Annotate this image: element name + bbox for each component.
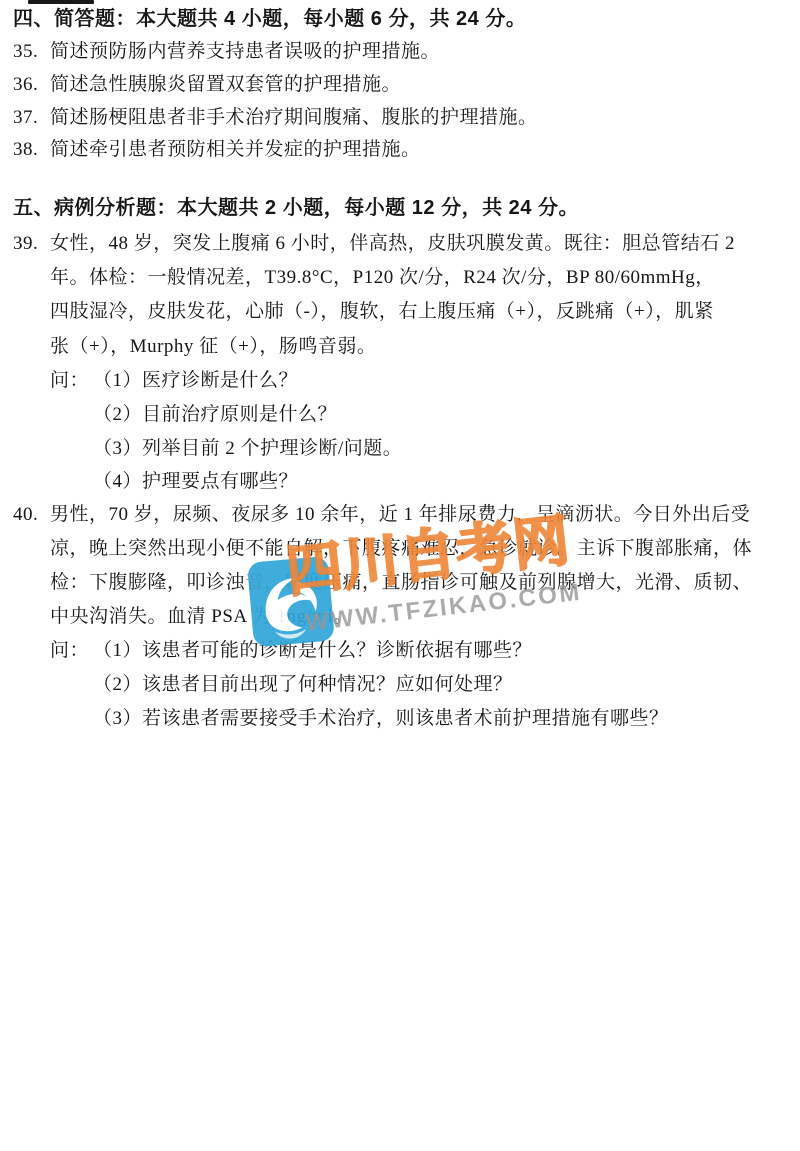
sub-question: （4）护理要点有哪些？: [93, 469, 298, 495]
sub-question: （2）目前治疗原则是什么？: [93, 402, 337, 428]
exam-page: 四、简答题：本大题共 4 小题，每小题 6 分，共 24 分。 35. 简述预防…: [0, 0, 800, 1151]
red-highlight: 音: [245, 572, 265, 593]
item-text: 简述肠梗阻患者非手术治疗期间腹痛、腹胀的护理措施。: [50, 105, 538, 131]
section5-heading-text: 五、病例分析题：本大题共 2 小题，每小题 12 分，共 24 分。: [13, 195, 579, 221]
scan-ink-mark: [28, 0, 94, 4]
question-number: 39.: [13, 231, 38, 257]
sub-question: （3）若该患者需要接受手术治疗，则该患者术前护理措施有哪些？: [93, 706, 669, 732]
case-line: 张（+），Murphy 征（+），肠鸣音弱。: [50, 334, 376, 360]
sub-question: （2）该患者目前出现了何种情况？应如何处理？: [93, 672, 513, 698]
item-number: 36.: [13, 72, 38, 98]
case-line: 检：下腹膨隆，叩诊浊音，轻度压痛，直肠指诊可触及前列腺增大，光滑、质韧、: [50, 570, 752, 596]
case-line: 凉，晚上突然出现小便不能自解，下腹疼痛难忍，急诊就诊。主诉下腹部胀痛，体: [50, 536, 752, 562]
item-number: 38.: [13, 137, 38, 163]
ask-label: 问：: [50, 368, 89, 394]
case-line-segment: 检：下腹膨隆，叩诊浊: [50, 572, 245, 593]
sub-question: （3）列举目前 2 个护理诊断/问题。: [93, 436, 402, 462]
case-line: 男性，70 岁，尿频、夜尿多 10 余年，近 1 年排尿费力，呈滴沥状。今日外出…: [50, 502, 750, 528]
question-number: 40.: [13, 502, 38, 528]
sub-question: （1）医疗诊断是什么？: [93, 368, 298, 394]
case-line: 四肢湿冷，皮肤发花，心肺（-），腹软，右上腹压痛（+），反跳痛（+），肌紧: [50, 299, 714, 325]
case-line: 女性，48 岁，突发上腹痛 6 小时，伴高热，皮肤巩膜发黄。既往：胆总管结石 2: [50, 231, 735, 257]
item-text: 简述急性胰腺炎留置双套管的护理措施。: [50, 72, 401, 98]
section4-heading-text: 四、简答题：本大题共 4 小题，每小题 6 分，共 24 分。: [13, 6, 526, 32]
ask-label: 问：: [50, 638, 89, 664]
item-number: 35.: [13, 39, 38, 65]
item-text: 简述牵引患者预防相关并发症的护理措施。: [50, 137, 421, 163]
item-text: 简述预防肠内营养支持患者误吸的护理措施。: [50, 39, 440, 65]
item-number: 37.: [13, 105, 38, 131]
case-line: 年。体检：一般情况差，T39.8°C，P120 次/分，R24 次/分，BP 8…: [50, 265, 715, 291]
sub-question: （1）该患者可能的诊断是什么？诊断依据有哪些？: [93, 638, 532, 664]
case-line-segment: ，轻度压痛，直肠指诊可触及前列腺增大，光滑、质韧、: [265, 572, 753, 593]
case-line: 中央沟消失。血清 PSA 为 1ng/ml。: [50, 604, 353, 630]
